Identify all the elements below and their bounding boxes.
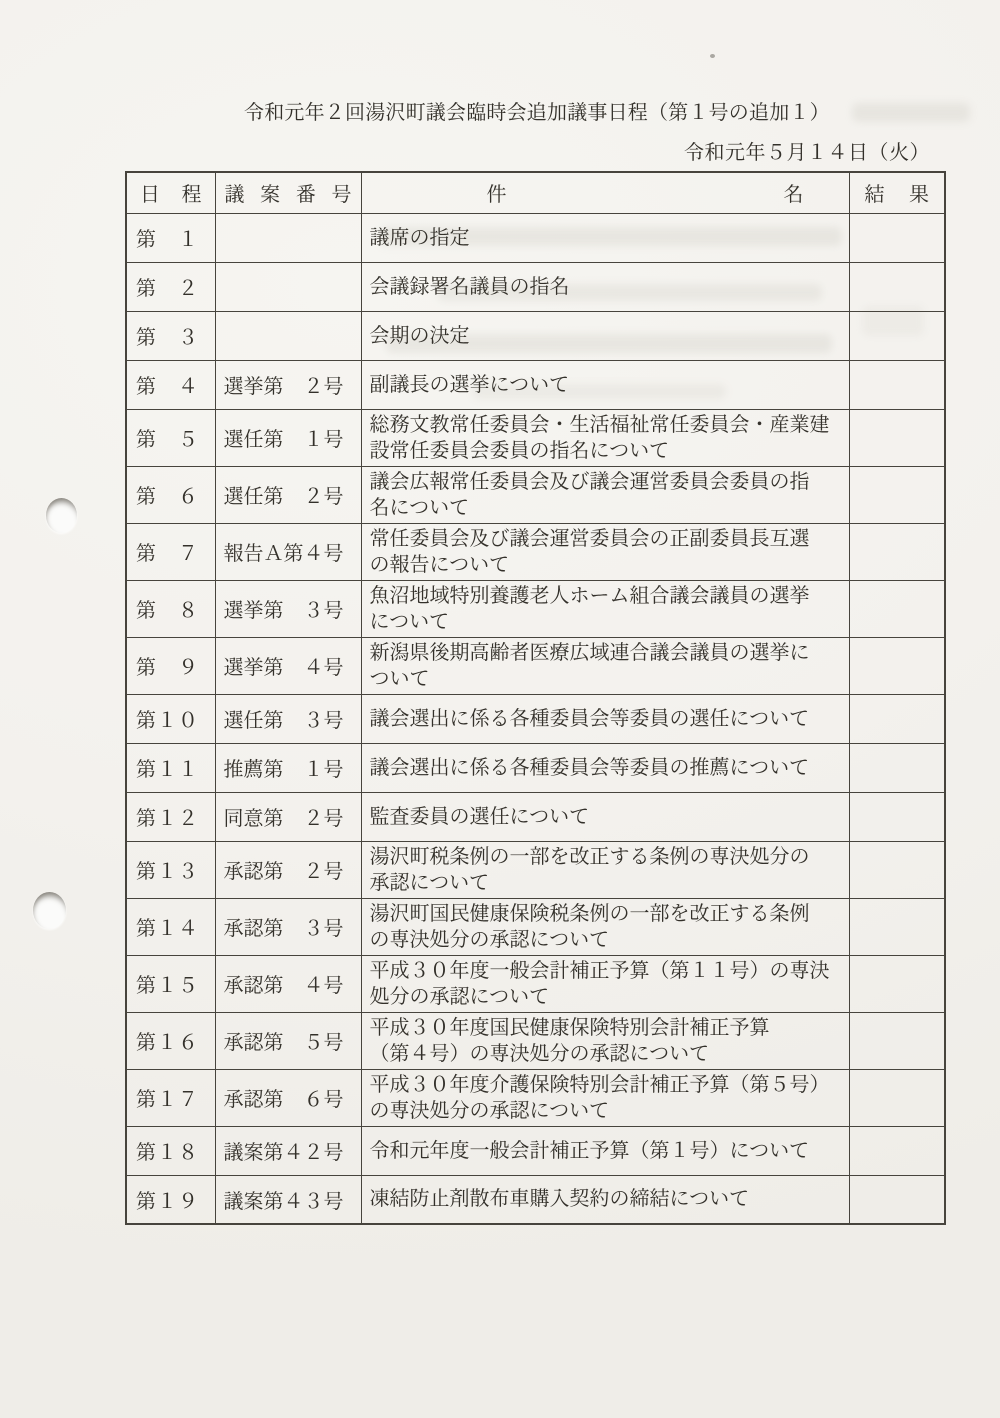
header-result: 結果 [849, 172, 945, 213]
row-result [849, 1126, 945, 1175]
table-row: 第 ６ 選任第 ２号 議会広報常任委員会及び議会運営委員会委員の指 名について [126, 466, 945, 523]
row-result [849, 694, 945, 743]
row-schedule-number: 第１９ [126, 1175, 215, 1224]
row-subject: 会期の決定 [361, 311, 849, 360]
punch-hole-bottom [33, 892, 66, 929]
row-result [849, 898, 945, 955]
agenda-table: 日程 議案番号 件 名 結果 第 １ 議席の指定 第 ２ 会議録署名議員の指名 … [125, 171, 946, 1225]
table-row: 第 ８ 選挙第 ３号 魚沼地域特別養護老人ホーム組合議会議員の選挙 について [126, 580, 945, 637]
table-row: 第 １ 議席の指定 [126, 213, 945, 262]
row-bill-number: 報告Ａ第４号 [215, 523, 361, 580]
row-bill-number: 推薦第 １号 [215, 743, 361, 792]
row-subject: 会議録署名議員の指名 [361, 262, 849, 311]
scan-ghosting [852, 103, 970, 122]
scan-speck [710, 54, 715, 58]
row-result [849, 409, 945, 466]
row-subject: 凍結防止剤散布車購入契約の締結について [361, 1175, 849, 1224]
row-schedule-number: 第１７ [126, 1069, 215, 1126]
table-row: 第１３ 承認第 ２号 湯沢町税条例の一部を改正する条例の専決処分の 承認について [126, 841, 945, 898]
agenda-table-body: 第 １ 議席の指定 第 ２ 会議録署名議員の指名 第 ３ 会期の決定 第 ４ 選… [126, 213, 945, 1224]
row-bill-number [215, 311, 361, 360]
table-row: 第 ７ 報告Ａ第４号 常任委員会及び議会運営委員会の正副委員長互選 の報告につい… [126, 523, 945, 580]
table-row: 第１８ 議案第４２号 令和元年度一般会計補正予算（第１号）について [126, 1126, 945, 1175]
row-result [849, 466, 945, 523]
row-result [849, 792, 945, 841]
table-row: 第１５ 承認第 ４号 平成３０年度一般会計補正予算（第１１号）の専決 処分の承認… [126, 955, 945, 1012]
row-subject: 魚沼地域特別養護老人ホーム組合議会議員の選挙 について [361, 580, 849, 637]
table-row: 第 ３ 会期の決定 [126, 311, 945, 360]
row-result [849, 743, 945, 792]
row-result [849, 262, 945, 311]
row-schedule-number: 第１０ [126, 694, 215, 743]
row-bill-number: 選挙第 ４号 [215, 637, 361, 694]
table-row: 第１７ 承認第 ６号 平成３０年度介護保険特別会計補正予算（第５号） の専決処分… [126, 1069, 945, 1126]
row-result [849, 637, 945, 694]
scanned-document-page: 令和元年２回湯沢町議会臨時会追加議事日程（第１号の追加１） 令和元年５月１４日（… [0, 0, 1000, 1418]
row-subject: 常任委員会及び議会運営委員会の正副委員長互選 の報告について [361, 523, 849, 580]
table-row: 第１１ 推薦第 １号 議会選出に係る各種委員会等委員の推薦について [126, 743, 945, 792]
row-bill-number: 承認第 ６号 [215, 1069, 361, 1126]
row-bill-number: 議案第４２号 [215, 1126, 361, 1175]
row-schedule-number: 第 ４ [126, 360, 215, 409]
row-result [849, 580, 945, 637]
row-subject: 議会選出に係る各種委員会等委員の選任について [361, 694, 849, 743]
row-schedule-number: 第 ３ [126, 311, 215, 360]
row-bill-number: 選任第 ３号 [215, 694, 361, 743]
row-bill-number: 承認第 ２号 [215, 841, 361, 898]
row-result [849, 1175, 945, 1224]
table-row: 第１６ 承認第 ５号 平成３０年度国民健康保険特別会計補正予算 （第４号）の専決… [126, 1012, 945, 1069]
row-schedule-number: 第 ９ [126, 637, 215, 694]
header-subject-left-char: 件 [487, 178, 507, 207]
header-subject-right-char: 名 [784, 178, 804, 207]
document-date: 令和元年５月１４日（火） [684, 136, 930, 165]
table-row: 第１２ 同意第 ２号 監査委員の選任について [126, 792, 945, 841]
row-result [849, 311, 945, 360]
row-bill-number: 承認第 ４号 [215, 955, 361, 1012]
row-bill-number: 承認第 ５号 [215, 1012, 361, 1069]
row-schedule-number: 第１８ [126, 1126, 215, 1175]
row-subject: 議会広報常任委員会及び議会運営委員会委員の指 名について [361, 466, 849, 523]
row-result [849, 213, 945, 262]
row-schedule-number: 第 ５ [126, 409, 215, 466]
punch-hole-top [46, 498, 77, 533]
row-subject: 総務文教常任委員会・生活福祉常任委員会・産業建 設常任委員会委員の指名について [361, 409, 849, 466]
header-schedule: 日程 [126, 172, 215, 213]
row-result [849, 1012, 945, 1069]
table-row: 第１４ 承認第 ３号 湯沢町国民健康保険税条例の一部を改正する条例 の専決処分の… [126, 898, 945, 955]
row-result [849, 1069, 945, 1126]
row-result [849, 360, 945, 409]
row-schedule-number: 第 １ [126, 213, 215, 262]
row-bill-number: 議案第４３号 [215, 1175, 361, 1224]
table-header-row: 日程 議案番号 件 名 結果 [126, 172, 945, 213]
row-subject: 平成３０年度国民健康保険特別会計補正予算 （第４号）の専決処分の承認について [361, 1012, 849, 1069]
table-row: 第 ２ 会議録署名議員の指名 [126, 262, 945, 311]
row-schedule-number: 第 ２ [126, 262, 215, 311]
row-schedule-number: 第１４ [126, 898, 215, 955]
table-row: 第１９ 議案第４３号 凍結防止剤散布車購入契約の締結について [126, 1175, 945, 1224]
row-schedule-number: 第 ７ [126, 523, 215, 580]
row-bill-number: 選任第 ２号 [215, 466, 361, 523]
row-schedule-number: 第 ６ [126, 466, 215, 523]
row-bill-number: 選任第 １号 [215, 409, 361, 466]
table-row: 第１０ 選任第 ３号 議会選出に係る各種委員会等委員の選任について [126, 694, 945, 743]
row-subject: 平成３０年度一般会計補正予算（第１１号）の専決 処分の承認について [361, 955, 849, 1012]
row-bill-number [215, 262, 361, 311]
row-bill-number: 選挙第 ２号 [215, 360, 361, 409]
row-schedule-number: 第１１ [126, 743, 215, 792]
row-subject: 平成３０年度介護保険特別会計補正予算（第５号） の専決処分の承認について [361, 1069, 849, 1126]
header-bill-number: 議案番号 [215, 172, 361, 213]
row-schedule-number: 第１３ [126, 841, 215, 898]
row-subject: 議席の指定 [361, 213, 849, 262]
row-subject: 湯沢町国民健康保険税条例の一部を改正する条例 の専決処分の承認について [361, 898, 849, 955]
row-subject: 新潟県後期高齢者医療広域連合議会議員の選挙に ついて [361, 637, 849, 694]
header-subject: 件 名 [361, 172, 849, 213]
row-bill-number: 承認第 ３号 [215, 898, 361, 955]
row-subject: 副議長の選挙について [361, 360, 849, 409]
row-subject: 議会選出に係る各種委員会等委員の推薦について [361, 743, 849, 792]
row-schedule-number: 第１５ [126, 955, 215, 1012]
row-result [849, 841, 945, 898]
table-row: 第 ５ 選任第 １号 総務文教常任委員会・生活福祉常任委員会・産業建 設常任委員… [126, 409, 945, 466]
row-schedule-number: 第１６ [126, 1012, 215, 1069]
table-row: 第 ４ 選挙第 ２号 副議長の選挙について [126, 360, 945, 409]
document-title: 令和元年２回湯沢町議会臨時会追加議事日程（第１号の追加１） [244, 96, 830, 125]
row-subject: 令和元年度一般会計補正予算（第１号）について [361, 1126, 849, 1175]
table-row: 第 ９ 選挙第 ４号 新潟県後期高齢者医療広域連合議会議員の選挙に ついて [126, 637, 945, 694]
row-bill-number [215, 213, 361, 262]
row-result [849, 955, 945, 1012]
row-schedule-number: 第１２ [126, 792, 215, 841]
row-schedule-number: 第 ８ [126, 580, 215, 637]
row-subject: 監査委員の選任について [361, 792, 849, 841]
row-bill-number: 同意第 ２号 [215, 792, 361, 841]
row-subject: 湯沢町税条例の一部を改正する条例の専決処分の 承認について [361, 841, 849, 898]
row-result [849, 523, 945, 580]
row-bill-number: 選挙第 ３号 [215, 580, 361, 637]
